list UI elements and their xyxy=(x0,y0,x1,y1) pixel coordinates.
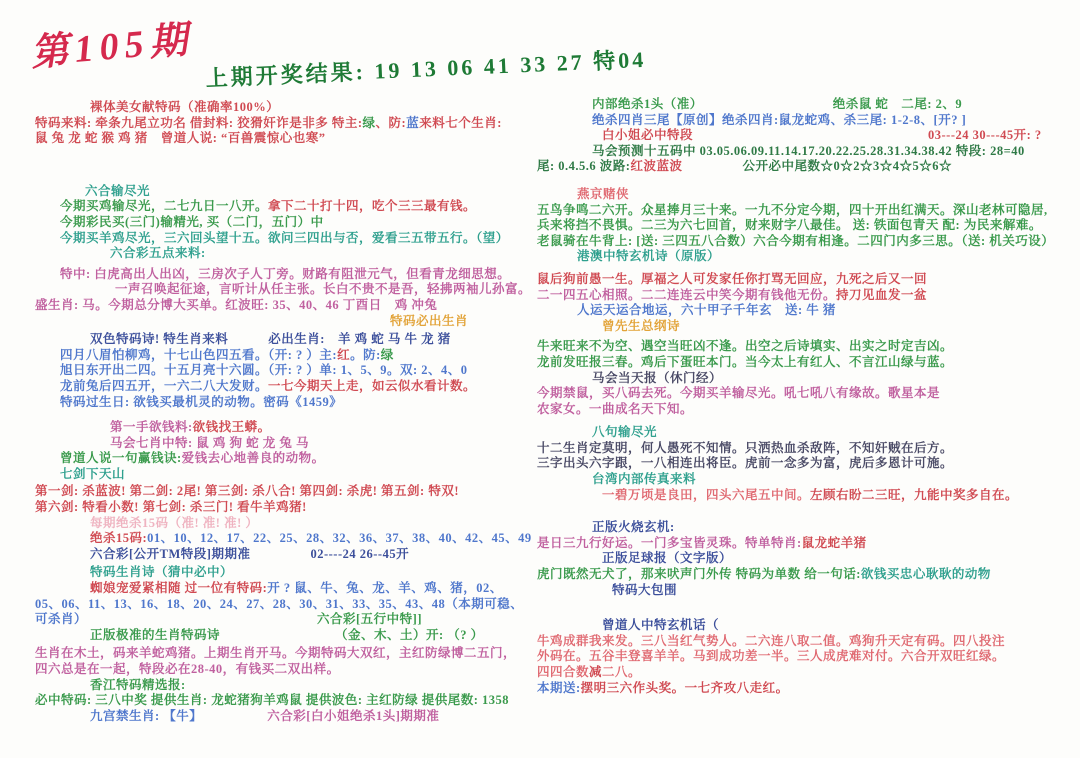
text-segment: 正版火烧玄机: xyxy=(592,520,675,536)
text-block: 第一剑: 杀蓝波! 第二剑: 2尾! 第三剑: 杀八合! 第四剑: 杀虎! 第五… xyxy=(35,484,540,562)
text-segment: 可杀肖） xyxy=(35,612,87,628)
text-segment: 牛鸡成群我来发。三八当红气势人。二六连八取二值。鸡狗升天定有码。四八投注 xyxy=(537,634,1005,650)
text-segment: 第六剑: 特看小数! 第七剑: 杀三门! 看牛羊鸡猪! xyxy=(35,500,307,516)
text-segment: 鼠 兔 龙 蛇 猴 鸡 猪 曾道人说: “百兽震惊心也寒” xyxy=(35,131,326,147)
text-block: 第一手欲钱料: 欲钱找王蟒。马会七肖中特: 鼠 鸡 狗 蛇 龙 兔 马曾道人说一… xyxy=(35,420,540,482)
text-segment: 左顾右盼二三旺，九能中奖多自在。 xyxy=(810,488,1018,504)
text-segment: 尾: 0.4.5.6 波路: xyxy=(537,159,630,175)
text-segment: 特码必出生肖 xyxy=(390,314,468,330)
text-segment: 港澳中特玄机诗（原版） xyxy=(577,249,720,265)
text-line: 绝杀四肖三尾【原创】绝杀四肖: 鼠龙蛇鸡、杀三尾: 1-2-8、[开? ] xyxy=(537,113,1080,129)
text-segment: 农家女。一曲成名天下知。 xyxy=(537,402,693,418)
text-segment: 三字出头六字跟，一八相连出将臣。虎前一念多为富，虎后多恩计可施。 xyxy=(537,456,953,472)
text-segment: 绝杀15码: xyxy=(90,531,147,547)
text-segment: 财路有阻泄元气，但看青龙细思想。 xyxy=(302,267,510,283)
text-block: 燕京赌侠五鸟争鸣二六开。众星捧月三十来。一九不分定今期，四十开出红满天。深山老林… xyxy=(537,187,1080,265)
left-column: 裸体美女献特码（准确率100%）特码来料: 牵条九尾立功名 借封料: 狡猾奸诈是… xyxy=(35,93,540,724)
text-segment: 香江特码精选报: xyxy=(90,678,186,694)
text-segment: 03---24 30---45开: ? xyxy=(928,128,1042,144)
text-line: 外码在。五谷丰登喜羊羊。马到成功差一半。三人成虎难对付。六合开双旺红绿。 xyxy=(537,649,1080,665)
text-segment: 旭日东开出二四。十五月亮十六圆。（开: ? ）单: 1、5、9。双: 2、4、0 xyxy=(60,363,468,379)
text-segment: 特码大包围 xyxy=(612,583,677,599)
text-line: 马会七肖中特: 鼠 鸡 狗 蛇 龙 兔 马 xyxy=(35,436,540,452)
text-segment: 马会当天报（休门经） xyxy=(592,371,722,387)
text-segment: 绝杀鼠 蛇 二尾: 2、9 xyxy=(833,97,962,113)
text-segment: （金、木、土）开: （? ） xyxy=(335,628,484,644)
text-segment: 绝杀四肖三尾【原创】绝杀四肖: xyxy=(592,113,779,129)
text-segment: 欲钱找王蟒。 xyxy=(193,420,271,436)
text-line: 每期绝杀15码（准! 准! 准! ） xyxy=(35,516,540,532)
text-line: 龙前兔后四五开，一六二八大发财。一七今期天上走，如云似水看计数。 xyxy=(35,379,540,395)
text-segment: 今期彩民买(三门)输精光, 买（二门，五门）中 xyxy=(60,215,324,231)
text-segment: 牛来旺来不为空、遇空当旺凶不逢。出空之后诗填实、出实之时定吉凶。 xyxy=(537,339,953,355)
text-segment: 内部绝杀1头（准） xyxy=(592,97,703,113)
text-line: 正版极准的生肖特码诗（金、木、土）开: （? ） xyxy=(35,628,540,644)
text-line: 老鼠骑在牛背上: [送: 三四五八合数）六合今期有相逢。二四门内多三思。（送: … xyxy=(537,234,1080,250)
text-segment: 马会预测十五码中 03.05.06.09.11.14.17.20.22.25.2… xyxy=(592,144,1025,160)
text-line: 九宫禁生肖: 【牛】六合彩[白小姐绝杀1头]期期准 xyxy=(35,709,540,725)
text-line: 白小姐必中特段03---24 30---45开: ? xyxy=(537,128,1080,144)
text-line: 特码必出生肖 xyxy=(35,314,540,330)
text-block: 正版火烧玄机: 是日三九行好运。一门多宝皆灵珠。特单特肖: 鼠龙蛇羊猪正版足球报… xyxy=(537,520,1080,598)
text-segment: 公开必中尾数☆0☆2☆3☆4☆5☆6☆ xyxy=(742,159,952,175)
text-segment: 生肖在木土，码来羊蛇鸡猪。上期生肖开马。今期特码大双红，主红防绿博二五门， xyxy=(35,646,516,662)
text-line: 今期彩民买(三门)输精光, 买（二门，五门）中 xyxy=(35,215,540,231)
text-block: 曾道人中特玄机话（牛鸡成群我来发。三八当红气势人。二六连八取二值。鸡狗升天定有码… xyxy=(537,618,1080,696)
text-line: 盛生肖: 马。今期总分博大买单。红波旺: 35、40、46 丁酉日 鸡 冲兔 xyxy=(35,298,540,314)
text-segment: 正版足球报（文字版） xyxy=(602,551,732,567)
text-line: 马会当天报（休门经） xyxy=(537,371,1080,387)
text-block: 牛来旺来不为空、遇空当旺凶不逢。出空之后诗填实、出实之时定吉凶。龙前发旺报三春。… xyxy=(537,339,1080,417)
text-line: 第一剑: 杀蓝波! 第二剑: 2尾! 第三剑: 杀八合! 第四剑: 杀虎! 第五… xyxy=(35,484,540,500)
text-block: 八句输尽光十二生肖定莫明，何人愚死不知情。只洒热血杀敌阵，不知奸贼在后方。三字出… xyxy=(537,425,1080,503)
text-line: 鼠后狗前愚一生。厚福之人可发家任你打骂无回应，九死之后又一回 xyxy=(537,272,1080,288)
text-line: 今期买鸡输尽光，二七九日一八开。拿下二十打十四，吃个三三最有钱。 xyxy=(35,199,540,215)
text-line: 是日三九行好运。一门多宝皆灵珠。特单特肖: 鼠龙蛇羊猪 xyxy=(537,536,1080,552)
text-line: 一声召唤起征途，言听计从任主张。长白不贵不是吾，轻拂两袖儿孙富。 xyxy=(35,282,540,298)
text-segment: 四月八眉怕柳鸡，十七山色四五看。（开: ? ）主: xyxy=(60,348,337,364)
text-segment: 虎门既然无犬了，那来吠声门外传 特码为单数 给一句话: xyxy=(537,567,861,583)
text-block: 双色特码诗! 特生肖来料必出生肖: 羊 鸡 蛇 马 牛 龙 猪四月八眉怕柳鸡，十… xyxy=(35,332,540,410)
text-segment: 白小姐必中特段 xyxy=(602,128,693,144)
text-segment: 是日三九行好运。一门多宝皆灵珠。特单特肖: xyxy=(537,536,802,552)
text-segment: 特码过生日: 欲钱买最机灵的动物。密码《1459》 xyxy=(60,395,342,411)
text-line: 正版足球报（文字版） xyxy=(537,551,1080,567)
text-segment: 一碧万顷是良田，四头六尾五中间。 xyxy=(602,488,810,504)
text-line: 特中: 白虎高出人出凶，三房次子人丁旁。财路有阻泄元气，但看青龙细思想。 xyxy=(35,267,540,283)
text-segment: 红波蓝波 xyxy=(630,159,682,175)
text-line: 绝杀15码: 01、10、12、17、22、25、28、32、36、37、38、… xyxy=(35,531,540,547)
text-line: 龙前发旺报三春。鸡后下蛋旺本门。当今太上有红人、不言江山绿与蓝。 xyxy=(537,355,1080,371)
text-segment: 九宫禁生肖: 【牛】 xyxy=(90,709,202,725)
text-segment: 八句输尽光 xyxy=(592,425,657,441)
text-line: 六合输尽光 xyxy=(35,184,540,200)
text-line: 牛来旺来不为空、遇空当旺凶不逢。出空之后诗填实、出实之时定吉凶。 xyxy=(537,339,1080,355)
text-line: 旭日东开出二四。十五月亮十六圆。（开: ? ）单: 1、5、9。双: 2、4、0 xyxy=(35,363,540,379)
text-line: 特码生肖诗（猜中必中） xyxy=(35,565,540,581)
text-segment: 五鸟争鸣二六开。众星捧月三十来。一九不分定今期，四十开出红满天。深山老林可隐居, xyxy=(537,203,1048,219)
text-segment: 特中: 白虎高出人出凶，三房次子人丁旁。 xyxy=(60,267,302,283)
text-line: 蜘娘宠爱紧相随 过一位有特码: 开 ? 鼠、牛、兔、龙、羊、鸡、猪，02、 xyxy=(35,581,540,597)
text-segment: 台湾内部传真来料 xyxy=(592,472,696,488)
text-line: 港澳中特玄机诗（原版） xyxy=(537,249,1080,265)
text-line: 曾道人中特玄机话（ xyxy=(537,618,1080,634)
text-segment: 、防: xyxy=(376,116,407,132)
text-line: 十二生肖定莫明，何人愚死不知情。只洒热血杀敌阵，不知奸贼在后方。 xyxy=(537,441,1080,457)
text-segment: 马会七肖中特: 鼠 鸡 狗 蛇 龙 兔 马 xyxy=(110,436,309,452)
text-line: 鼠 兔 龙 蛇 猴 鸡 猪 曾道人说: “百兽震惊心也寒” xyxy=(35,131,540,147)
text-block: 生肖在木土，码来羊蛇鸡猪。上期生肖开马。今期特码大双红，主红防绿博二五门，四六总… xyxy=(35,646,540,724)
text-segment: 四六总是在一起，特段必在28-40，有钱买二双出样。 xyxy=(35,662,340,678)
text-segment: 必出生肖: 羊 鸡 蛇 马 牛 龙 猪 xyxy=(268,332,450,348)
text-line: 裸体美女献特码（准确率100%） xyxy=(35,100,540,116)
text-segment: 双色特码诗! 特生肖来料 xyxy=(90,332,228,348)
text-segment: 特码生肖诗（猜中必中） xyxy=(90,565,233,581)
text-segment: 第一剑: 杀蓝波! 第二剑: 2尾! 第三剑: 杀八合! 第四剑: 杀虎! 第五… xyxy=(35,484,459,500)
text-line: 今期禁鼠，买八码去死。今期买羊输尽光。吼七吼八有缘故。歌星本是 xyxy=(537,386,1080,402)
text-line: 05、06、11、13、16、18、20、24、27、28、30、31、33、3… xyxy=(35,597,540,613)
text-segment: 01、10、12、17、22、25、28、32、36、37、38、40、42、4… xyxy=(147,531,532,547)
text-block: 特中: 白虎高出人出凶，三房次子人丁旁。财路有阻泄元气，但看青龙细思想。一声召唤… xyxy=(35,267,540,329)
text-segment: 持刀见血发一盆 xyxy=(836,288,927,304)
text-segment: 开 ? 鼠、牛、兔、龙、羊、鸡、猪，02、 xyxy=(267,581,503,597)
text-line: 曾道人说一句赢钱诀: 爱钱去心地善良的动物。 xyxy=(35,451,540,467)
text-block: 内部绝杀1头（准）绝杀鼠 蛇 二尾: 2、9绝杀四肖三尾【原创】绝杀四肖: 鼠龙… xyxy=(537,97,1080,175)
text-segment: 必中特码: 三八中奖 提供生肖: 龙蛇猪狗羊鸡鼠 提供波色: 主红防绿 提供尾数… xyxy=(35,693,509,709)
text-line: 双色特码诗! 特生肖来料必出生肖: 羊 鸡 蛇 马 牛 龙 猪 xyxy=(35,332,540,348)
text-line: 香江特码精选报: xyxy=(35,678,540,694)
text-line: 本期送: 摆明三六作头奖。一七齐攻八走红。 xyxy=(537,681,1080,697)
right-column: 内部绝杀1头（准）绝杀鼠 蛇 二尾: 2、9绝杀四肖三尾【原创】绝杀四肖: 鼠龙… xyxy=(537,93,1080,696)
text-segment: 摆明三六作头奖。一七齐攻八走红。 xyxy=(581,681,789,697)
text-segment: 正版极准的生肖特码诗 xyxy=(90,628,220,644)
text-segment: 一声召唤起征途，言听计从任主张。长白不贵不是吾，轻拂两袖儿孙富。 xyxy=(115,282,531,298)
text-line: 尾: 0.4.5.6 波路: 红波蓝波公开必中尾数☆0☆2☆3☆4☆5☆6☆ xyxy=(537,159,1080,175)
text-segment: 鼠龙蛇鸡、杀三尾: 1-2-8、[开? ] xyxy=(779,113,967,129)
text-segment: 绿 xyxy=(381,348,394,364)
text-segment: 七剑下天山 xyxy=(60,467,125,483)
text-block: 鼠后狗前愚一生。厚福之人可发家任你打骂无回应，九死之后又一回二一四五心相照。二二… xyxy=(537,272,1080,334)
text-segment: 二一四五心相照。二二连连云中笑今期有钱他无份。 xyxy=(537,288,836,304)
text-line: 虎门既然无犬了，那来吠声门外传 特码为单数 给一句话: 欲钱买忠心耿耿的动物 xyxy=(537,567,1080,583)
text-line: 特码大包围 xyxy=(537,583,1080,599)
text-segment: 鼠龙蛇羊猪 xyxy=(802,536,867,552)
text-segment: 燕京赌侠 xyxy=(577,187,629,203)
text-segment: 盛生肖: 马。今期总分博大买单。红波旺: 35、40、46 丁酉日 鸡 冲兔 xyxy=(35,298,437,314)
text-line: 必中特码: 三八中奖 提供生肖: 龙蛇猪狗羊鸡鼠 提供波色: 主红防绿 提供尾数… xyxy=(35,693,540,709)
text-segment: 每期绝杀15码（准! 准! 准! ） xyxy=(90,516,258,532)
text-line: 一碧万顷是良田，四头六尾五中间。左顾右盼二三旺，九能中奖多自在。 xyxy=(537,488,1080,504)
text-segment: 02----24 26--45开 xyxy=(310,547,409,563)
text-segment: 绿 xyxy=(363,116,376,132)
text-segment: 第一手欲钱料: xyxy=(110,420,193,436)
text-segment: 一七今期天上走，如云似水看计数。 xyxy=(268,379,476,395)
text-segment: 蓝 xyxy=(406,116,419,132)
text-segment: 欲钱买忠心耿耿的动物 xyxy=(861,567,991,583)
text-segment: 六合彩[公开TM特段]期期准 xyxy=(90,547,250,563)
text-segment: 人运天运合地运，六十甲子千年玄 送: 牛 猪 xyxy=(577,303,836,319)
text-line: 四月八眉怕柳鸡，十七山色四五看。（开: ? ）主: 红。防: 绿 xyxy=(35,348,540,364)
text-segment: 四四合数 xyxy=(537,665,589,681)
text-segment: 曾先生总纲诗 xyxy=(602,319,680,335)
text-line: 七剑下天山 xyxy=(35,467,540,483)
text-line: 今期买羊鸡尽光，三六回头望十五。欲问三四出与否，爱看三五带五行。（望） xyxy=(35,231,540,247)
text-line: 四四合数减二八。 xyxy=(537,665,1080,681)
text-line: 台湾内部传真来料 xyxy=(537,472,1080,488)
text-segment: 拿下二十打十四，吃个三三最有钱。 xyxy=(268,199,476,215)
text-segment: 。防: xyxy=(350,348,381,364)
text-block: 裸体美女献特码（准确率100%）特码来料: 牵条九尾立功名 借封料: 狡猾奸诈是… xyxy=(35,100,540,147)
text-segment: 龙前发旺报三春。鸡后下蛋旺本门。当今太上有红人、不言江山绿与蓝。 xyxy=(537,355,953,371)
text-line: 特码过生日: 欲钱买最机灵的动物。密码《1459》 xyxy=(35,395,540,411)
text-line: 可杀肖）六合彩[五行中特]] xyxy=(35,612,540,628)
text-line: 生肖在木土，码来羊蛇鸡猪。上期生肖开马。今期特码大双红，主红防绿博二五门， xyxy=(35,646,540,662)
text-segment: 今期买鸡输尽光，二七九日一八开。 xyxy=(60,199,268,215)
text-segment: 减 xyxy=(589,665,602,681)
text-line: 六合彩[公开TM特段]期期准02----24 26--45开 xyxy=(35,547,540,563)
text-segment: 今期禁鼠，买八码去死。今期买羊输尽光。吼七吼八有缘故。歌星本是 xyxy=(537,386,940,402)
text-segment: 外码在。五谷丰登喜羊羊。马到成功差一半。三人成虎难对付。六合开双旺红绿。 xyxy=(537,649,1005,665)
text-line: 正版火烧玄机: xyxy=(537,520,1080,536)
text-line: 二一四五心相照。二二连连云中笑今期有钱他无份。持刀见血发一盆 xyxy=(537,288,1080,304)
text-segment: 曾道人中特玄机话（ xyxy=(602,618,719,634)
text-line: 燕京赌侠 xyxy=(537,187,1080,203)
text-block: 六合输尽光今期买鸡输尽光，二七九日一八开。拿下二十打十四，吃个三三最有钱。今期彩… xyxy=(35,184,540,262)
text-block: 特码生肖诗（猜中必中）蜘娘宠爱紧相随 过一位有特码: 开 ? 鼠、牛、兔、龙、羊… xyxy=(35,565,540,643)
text-segment: 龙前兔后四五开，一六二八大发财。 xyxy=(60,379,268,395)
text-segment: 红 xyxy=(337,348,350,364)
text-line: 特码来料: 牵条九尾立功名 借封料: 狡猾奸诈是非多 特主: 绿、防: 蓝 来料… xyxy=(35,116,540,132)
text-segment: 曾道人说一句赢钱诀: xyxy=(60,451,182,467)
text-segment: 十二生肖定莫明，何人愚死不知情。只洒热血杀敌阵，不知奸贼在后方。 xyxy=(537,441,953,457)
text-segment: 来料七个生肖: xyxy=(419,116,502,132)
text-segment: 蜘娘宠爱紧相随 过一位有特码: xyxy=(90,581,267,597)
text-line: 四六总是在一起，特段必在28-40，有钱买二双出样。 xyxy=(35,662,540,678)
text-line: 兵来将挡不畏惧。二三为六七回首，财来财字八最佳。 送: 铁面包青天 配: 为民来… xyxy=(537,218,1080,234)
text-line: 曾先生总纲诗 xyxy=(537,319,1080,335)
text-line: 人运天运合地运，六十甲子千年玄 送: 牛 猪 xyxy=(537,303,1080,319)
text-line: 内部绝杀1头（准）绝杀鼠 蛇 二尾: 2、9 xyxy=(537,97,1080,113)
text-segment: 六合彩[五行中特]] xyxy=(317,612,422,628)
text-segment: 鼠后狗前愚一生。厚福之人可发家任你打骂无回应，九死之后又一回 xyxy=(537,272,927,288)
text-segment: 特码来料: 牵条九尾立功名 借封料: 狡猾奸诈是非多 特主: xyxy=(35,116,363,132)
text-line: 三字出头六字跟，一八相连出将臣。虎前一念多为富，虎后多恩计可施。 xyxy=(537,456,1080,472)
issue-title: 第105期 xyxy=(28,8,195,77)
text-segment: 六合输尽光 xyxy=(85,184,150,200)
text-line: 六合彩五点来料: xyxy=(35,246,540,262)
text-line: 马会预测十五码中 03.05.06.09.11.14.17.20.22.25.2… xyxy=(537,144,1080,160)
text-segment: 裸体美女献特码（准确率100%） xyxy=(90,100,279,116)
text-segment: 兵来将挡不畏惧。二三为六七回首，财来财字八最佳。 送: 铁面包青天 配: 为民来… xyxy=(537,218,1042,234)
text-line: 第六剑: 特看小数! 第七剑: 杀三门! 看牛羊鸡猪! xyxy=(35,500,540,516)
text-segment: 今期买羊鸡尽光，三六回头望十五。欲问三四出与否，爱看三五带五行。（望） xyxy=(60,231,509,247)
last-draw-result: 上期开奖结果: 19 13 06 41 33 27 特04 xyxy=(205,43,647,93)
text-segment: 本期送: xyxy=(537,681,581,697)
text-segment: 六合彩[白小姐绝杀1头]期期准 xyxy=(267,709,439,725)
text-segment: 二八。 xyxy=(602,665,641,681)
text-line: 牛鸡成群我来发。三八当红气势人。二六连八取二值。鸡狗升天定有码。四八投注 xyxy=(537,634,1080,650)
text-segment: 六合彩五点来料: xyxy=(110,246,206,262)
text-segment: 05、06、11、13、16、18、20、24、27、28、30、31、33、3… xyxy=(35,597,523,613)
text-line: 农家女。一曲成名天下知。 xyxy=(537,402,1080,418)
text-segment: 老鼠骑在牛背上: [送: 三四五八合数）六合今期有相逢。二四门内多三思。（送: … xyxy=(537,234,1054,250)
text-segment: 爱钱去心地善良的动物。 xyxy=(182,451,325,467)
text-line: 五鸟争鸣二六开。众星捧月三十来。一九不分定今期，四十开出红满天。深山老林可隐居, xyxy=(537,203,1080,219)
text-line: 第一手欲钱料: 欲钱找王蟒。 xyxy=(35,420,540,436)
text-line: 八句输尽光 xyxy=(537,425,1080,441)
